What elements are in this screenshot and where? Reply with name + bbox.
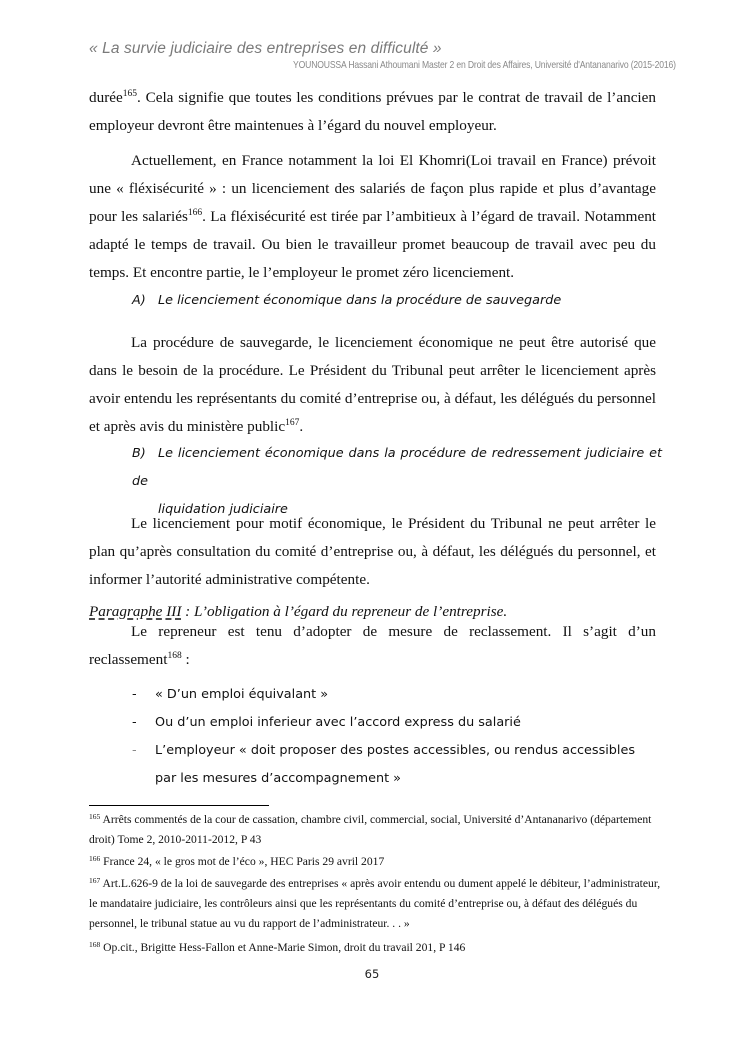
page-number: 65 [0,967,744,981]
footnote-separator [89,805,269,806]
footnote-167: 167 Art.L.626-9 de la loi de sauvegarde … [89,874,664,934]
section-heading-a: A)Le licenciement économique dans la pro… [132,287,561,315]
footnote-ref-166[interactable]: 166 [188,208,202,218]
footnote-number: 168 [89,940,100,949]
footnote-text: Art.L.626-9 de la loi de sauvegarde des … [89,877,660,930]
running-header-title: « La survie judiciaire des entreprises e… [89,40,442,58]
paragraph-5-text-cont: : [182,651,190,668]
paragraph-2: Actuellement, en France notamment la loi… [89,147,656,287]
paragraph-3-text: La procédure de sauvegarde, le licenciem… [89,334,656,435]
bullet-item: L’employeur « doit proposer des postes a… [155,737,655,793]
paragraph-3-text-cont: . [299,418,303,435]
footnote-ref-165[interactable]: 165 [123,89,137,99]
section-heading-a-text: Le licenciement économique dans la procé… [158,293,561,308]
section-heading-b-line1: Le licenciement économique dans la procé… [132,446,662,489]
footnote-text: Op.cit., Brigitte Hess-Fallon et Anne-Ma… [100,941,465,954]
footnote-number: 167 [89,876,100,885]
paragraph-5: Le repreneur est tenu d’adopter de mesur… [89,618,656,674]
bullet-item: « D’un emploi équivalant » [155,681,660,709]
bullet-item: Ou d’un emploi inferieur avec l’accord e… [155,709,660,737]
footnote-number: 165 [89,812,100,821]
paragraph-1-text-cont: . Cela signifie que toutes les condition… [89,89,656,134]
paragraph-5-text: Le repreneur est tenu d’adopter de mesur… [89,623,656,668]
bullet-dash: - [132,709,137,737]
footnote-ref-168[interactable]: 168 [167,651,181,661]
footnote-text: Arrêts commentés de la cour de cassation… [89,813,651,846]
section-heading-b-label: B) [132,440,158,468]
footnote-number: 166 [89,854,100,863]
paragraph-3: La procédure de sauvegarde, le licenciem… [89,329,656,441]
paragraph-1: durée165. Cela signifie que toutes les c… [89,84,656,140]
paragraph-4: Le licenciement pour motif économique, l… [89,510,656,594]
paragraph-1-text: durée [89,89,123,106]
running-header-author: YOUNOUSSA Hassani Athoumani Master 2 en … [293,59,676,71]
footnote-165: 165 Arrêts commentés de la cour de cassa… [89,810,669,850]
bullet-dash: - [132,737,137,765]
footnote-ref-167[interactable]: 167 [285,418,299,428]
bullet-dash: - [132,681,137,709]
footnote-168: 168 Op.cit., Brigitte Hess-Fallon et Ann… [89,938,669,958]
document-page: « La survie judiciaire des entreprises e… [0,0,744,1053]
section-heading-a-label: A) [132,287,158,315]
footnote-166: 166 France 24, « le gros mot de l’éco »,… [89,852,669,872]
footnote-text: France 24, « le gros mot de l’éco », HEC… [100,855,384,868]
